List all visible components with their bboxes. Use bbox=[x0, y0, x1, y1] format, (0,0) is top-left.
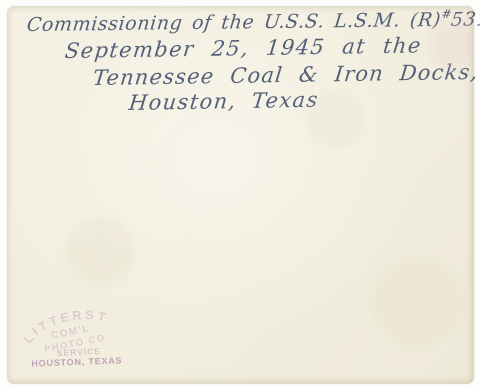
photographer-stamp: LITTERST COM'L PHOTO CO SERVICE HOUSTON,… bbox=[17, 296, 137, 374]
scanned-photo-back: Commissioning of the U.S.S. L.S.M. (R)#5… bbox=[0, 0, 480, 389]
caption-line-4: Houston, Texas bbox=[129, 88, 319, 115]
photo-paper: Commissioning of the U.S.S. L.S.M. (R)#5… bbox=[7, 6, 474, 384]
caption-line-1-text: Commissioning of the U.S.S. L.S.M. (R) bbox=[26, 9, 443, 36]
stamp-city-text: HOUSTON, TEXAS bbox=[31, 355, 122, 368]
caption-line-2: September 25, 1945 at the bbox=[65, 33, 422, 63]
caption-hull-number: 531 bbox=[450, 8, 480, 30]
caption-line-1: Commissioning of the U.S.S. L.S.M. (R)#5… bbox=[27, 6, 480, 36]
caption-line-3: Tennessee Coal & Iron Docks, bbox=[93, 60, 479, 90]
